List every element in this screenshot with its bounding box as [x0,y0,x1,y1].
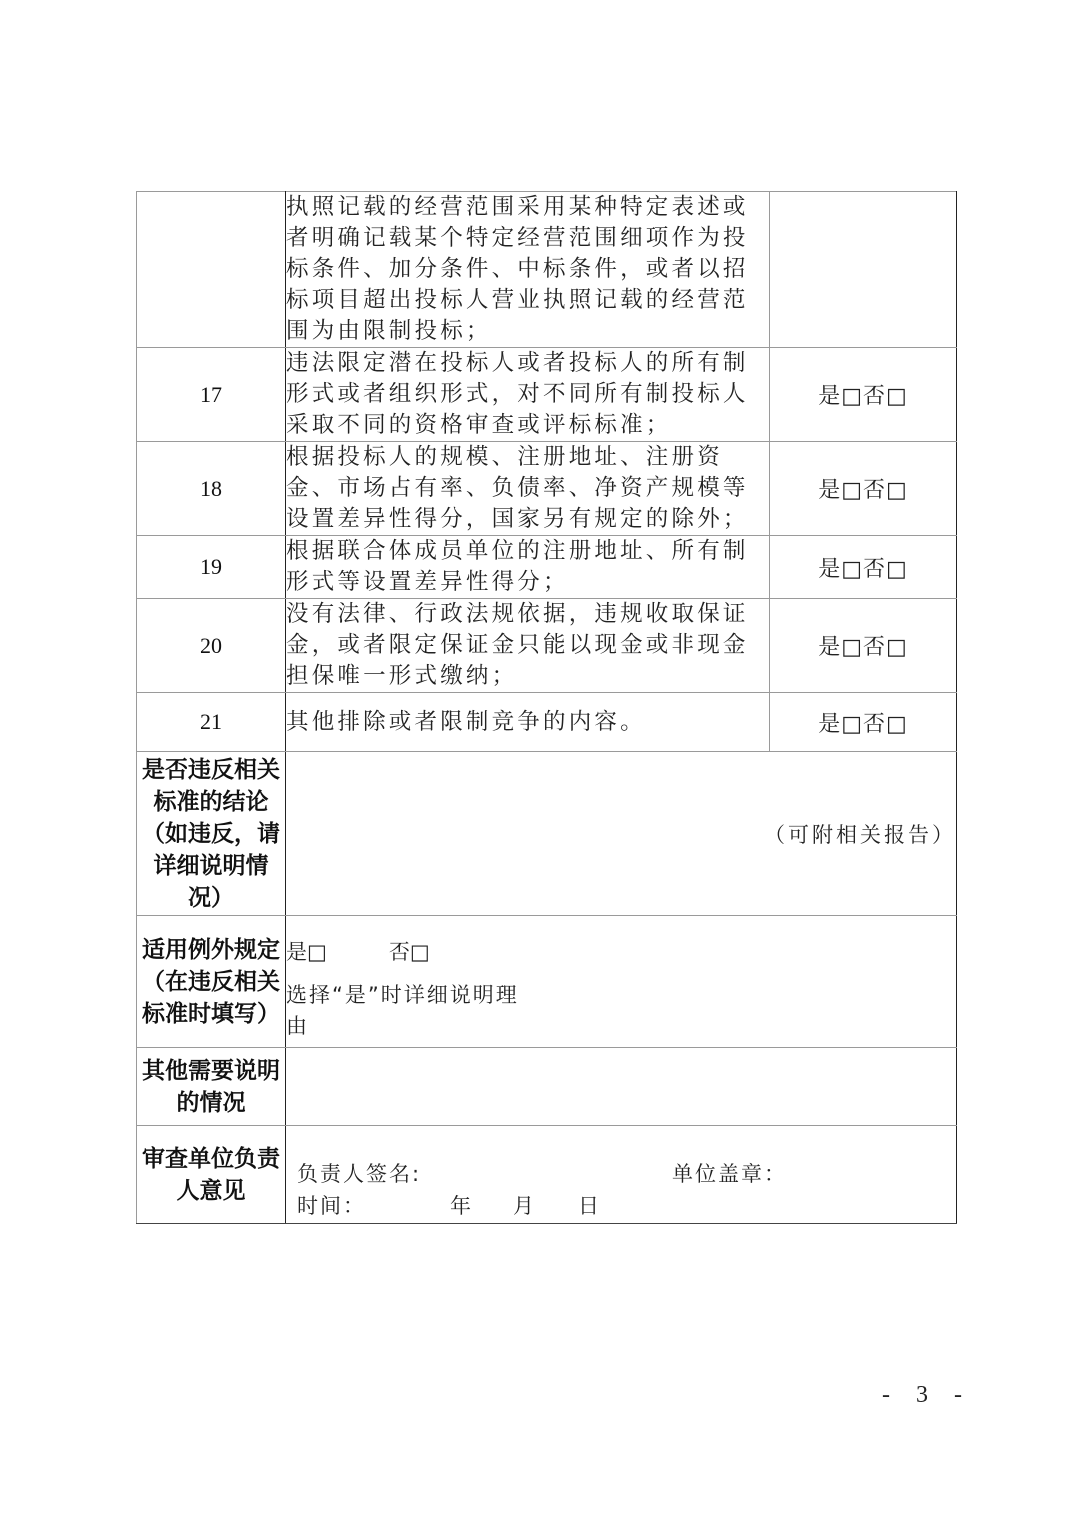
table-row: 18 根据投标人的规模、注册地址、注册资金、市场占有率、负债率、净资产规模等设置… [137,442,957,536]
date-line: 时间：年月日 [297,1190,956,1222]
item-number: 18 [137,442,286,536]
exception-inner-table: 是□否□ 选择“是”时详细说明理由 [286,922,956,1042]
item-number: 20 [137,599,286,693]
item-number: 17 [137,348,286,442]
exception-yes-no: 是□否□ [286,922,956,980]
other-row: 其他需要说明的情况 [137,1048,957,1126]
table-row: 执照记载的经营范围采用某种特定表述或者明确记载某个特定经营范围细项作为投标条件、… [137,192,957,348]
conclusion-label: 是否违反相关标准的结论（如违反，请详细说明情况） [137,752,286,916]
month-label: 月 [513,1190,536,1222]
item-text: 根据投标人的规模、注册地址、注册资金、市场占有率、负债率、净资产规模等设置差异性… [286,442,770,536]
exception-no-checkbox[interactable]: 否□ [389,936,430,966]
item-text: 执照记载的经营范围采用某种特定表述或者明确记载某个特定经营范围细项作为投标条件、… [286,192,770,348]
item-answer-checkbox[interactable]: 是□否□ [770,599,957,693]
day-label: 日 [578,1190,601,1222]
other-label: 其他需要说明的情况 [137,1048,286,1126]
item-answer-checkbox[interactable]: 是□否□ [770,536,957,599]
conclusion-note: （可附相关报告） [764,823,956,847]
item-answer-checkbox[interactable]: 是□否□ [770,442,957,536]
table-row: 20 没有法律、行政法规依据，违规收取保证金，或者限定保证金只能以现金或非现金担… [137,599,957,693]
item-text: 根据联合体成员单位的注册地址、所有制形式等设置差异性得分； [286,536,770,599]
item-number: 19 [137,536,286,599]
signature-label: 负责人签名: [297,1162,421,1186]
exception-row: 适用例外规定（在违反相关标准时填写） 是□否□ 选择“是”时详细说明理由 [137,916,957,1048]
exception-label: 适用例外规定（在违反相关标准时填写） [137,916,286,1048]
item-text: 其他排除或者限制竞争的内容。 [286,693,770,752]
document-page: 执照记载的经营范围采用某种特定表述或者明确记载某个特定经营范围细项作为投标条件、… [0,0,1080,1527]
other-field[interactable] [286,1048,957,1126]
time-label: 时间： [297,1190,366,1222]
page-number: - 3 - [882,1382,972,1409]
approval-cell: 负责人签名: 单位盖章： 时间：年月日 [286,1126,957,1224]
exception-reason-label: 选择“是”时详细说明理由 [286,980,528,1042]
item-answer-checkbox[interactable]: 是□否□ [770,693,957,752]
conclusion-row: 是否违反相关标准的结论（如违反，请详细说明情况） （可附相关报告） [137,752,957,916]
seal-label: 单位盖章： [672,1158,787,1190]
item-number: 21 [137,693,286,752]
table-row: 17 违法限定潜在投标人或者投标人的所有制形式或者组织形式，对不同所有制投标人采… [137,348,957,442]
table-row: 19 根据联合体成员单位的注册地址、所有制形式等设置差异性得分； 是□否□ [137,536,957,599]
table-row: 21 其他排除或者限制竞争的内容。 是□否□ [137,693,957,752]
review-table: 执照记载的经营范围采用某种特定表述或者明确记载某个特定经营范围细项作为投标条件、… [136,191,957,1224]
exception-yes-checkbox[interactable]: 是□ [286,936,327,966]
item-text: 违法限定潜在投标人或者投标人的所有制形式或者组织形式，对不同所有制投标人采取不同… [286,348,770,442]
approval-row: 审查单位负责人意见 负责人签名: 单位盖章： 时间：年月日 [137,1126,957,1224]
approval-label: 审查单位负责人意见 [137,1126,286,1224]
item-number [137,192,286,348]
exception-reason-field[interactable] [528,980,956,1042]
item-text: 没有法律、行政法规依据，违规收取保证金，或者限定保证金只能以现金或非现金担保唯一… [286,599,770,693]
item-answer[interactable] [770,192,957,348]
item-answer-checkbox[interactable]: 是□否□ [770,348,957,442]
conclusion-field[interactable]: （可附相关报告） [286,752,957,916]
year-label: 年 [450,1190,473,1222]
exception-cell: 是□否□ 选择“是”时详细说明理由 [286,916,957,1048]
